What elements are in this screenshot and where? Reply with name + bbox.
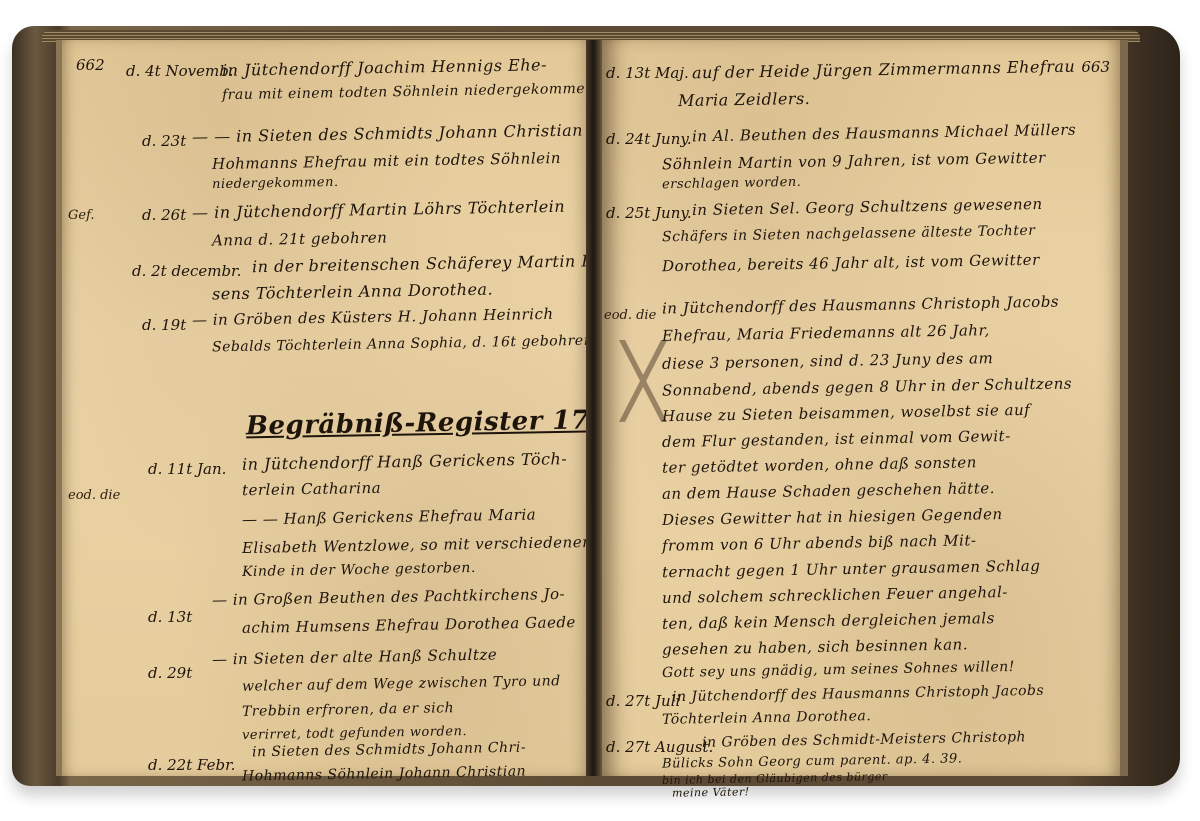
- entry-line: auf der Heide Jürgen Zimmermanns Ehefrau: [692, 57, 1076, 83]
- entry-line: verirret, todt gefunden worden.: [242, 724, 467, 743]
- entry-line: in Al. Beuthen des Hausmanns Michael Mül…: [692, 121, 1076, 146]
- book-gutter: [586, 40, 602, 776]
- entry-line: Trebbin erfroren, da er sich: [242, 700, 454, 720]
- page-number-left: 662: [76, 56, 105, 74]
- entry-line: meine Väter!: [672, 785, 750, 799]
- entry-line: und solchem schrecklichen Feuer angehal-: [662, 583, 1008, 607]
- page-number-right: 663: [1081, 58, 1110, 76]
- entry-line: gesehen zu haben, sich besinnen kan.: [662, 635, 968, 658]
- entry-line: in Gröben des Schmidt-Meisters Christoph: [702, 729, 1026, 751]
- entry-date: d. 13t: [148, 608, 192, 626]
- entry-line: in Jütchendorff Hanß Gerickens Töch-: [242, 449, 567, 474]
- entry-date: d. 22t Febr.: [148, 756, 235, 774]
- entry-line: dem Flur gestanden, ist einmal vom Gewit…: [662, 427, 1011, 451]
- left-page: 662 Gef. eod. die d. 4t Novemb. in Jütch…: [56, 40, 592, 776]
- entry-line: — in Sieten der alte Hanß Schultze: [212, 646, 497, 669]
- entry-line: bin ich bei den Gläubigen des bürger: [662, 770, 888, 787]
- entry-date: d. 23t: [142, 132, 186, 150]
- entry-line: Schäfers in Sieten nachgelassene älteste…: [662, 223, 1036, 246]
- entry-line: niedergekommen.: [212, 175, 339, 192]
- entry-line: Töchterlein Anna Dorothea.: [662, 708, 872, 728]
- entry-line: Sonnabend, abends gegen 8 Uhr in der Sch…: [662, 374, 1072, 399]
- entry-line: Dorothea, bereits 46 Jahr alt, ist vom G…: [662, 251, 1040, 276]
- entry-line: Dieses Gewitter hat in hiesigen Gegenden: [662, 505, 1003, 529]
- margin-note: eod. die: [604, 308, 656, 323]
- entry-line: welcher auf dem Wege zwischen Tyro und: [242, 673, 561, 695]
- entry-line: frau mit einem todten Söhnlein niedergek…: [222, 81, 595, 104]
- entry-line: in Jütchendorff des Hausmanns Christoph …: [662, 293, 1059, 318]
- entry-date: d. 29t: [148, 664, 192, 682]
- open-book: 662 Gef. eod. die d. 4t Novemb. in Jütch…: [12, 26, 1180, 786]
- entry-line: in Jütchendorff Joachim Hennigs Ehe-: [222, 55, 547, 80]
- right-page: 663 eod. die ╳ d. 13t Maj. auf der Heide…: [602, 40, 1128, 776]
- entry-date: d. 26t: [142, 206, 186, 224]
- entry-line: ter getödtet worden, ohne daß sonsten: [662, 453, 977, 476]
- entry-line: Hohmanns Söhnlein Johann Christian: [242, 764, 526, 785]
- entry-line: — in Großen Beuthen des Pachtkirchens Jo…: [212, 585, 565, 609]
- entry-line: ten, daß kein Mensch dergleichen jemals: [662, 609, 995, 633]
- cross-mark: ╳: [622, 340, 664, 422]
- entry-line: — in Jütchendorff Martin Löhrs Töchterle…: [192, 197, 565, 223]
- entry-line: in Jütchendorff des Hausmanns Christoph …: [672, 683, 1044, 705]
- entry-line: Hause zu Sieten beisammen, woselbst sie …: [662, 401, 1030, 425]
- entry-date: d. 24t Juny.: [606, 130, 692, 148]
- register-heading: Begräbniß-Register 1736.: [246, 405, 637, 442]
- entry-line: in der breitenschen Schäferey Martin Bli…: [252, 251, 620, 276]
- entry-line: Anna d. 21t gebohren: [212, 228, 388, 249]
- entry-line: in Sieten des Schmidts Johann Chri-: [252, 740, 526, 761]
- entry-date: d. 11t Jan.: [148, 460, 226, 478]
- entry-date: d. 25t Juny.: [606, 204, 692, 222]
- entry-line: fromm von 6 Uhr abends biß nach Mit-: [662, 531, 977, 554]
- entry-line: an dem Hause Schaden geschehen hätte.: [662, 479, 995, 503]
- entry-line: diese 3 personen, sind d. 23 Juny des am: [662, 349, 994, 373]
- entry-date: d. 13t Maj.: [606, 64, 689, 82]
- entry-line: sens Töchterlein Anna Dorothea.: [212, 280, 493, 304]
- entry-line: ternacht gegen 1 Uhr unter grausamen Sch…: [662, 557, 1041, 582]
- entry-date: d. 19t: [142, 316, 186, 334]
- entry-line: Hohmanns Ehefrau mit ein todtes Söhnlein: [212, 149, 561, 173]
- entry-line: Kinde in der Woche gestorben.: [242, 560, 476, 580]
- margin-note: Gef.: [68, 208, 95, 223]
- entry-line: Sebalds Töchterlein Anna Sophia, d. 16t …: [212, 333, 598, 356]
- entry-line: Söhnlein Martin von 9 Jahren, ist vom Ge…: [662, 149, 1046, 174]
- entry-line: in Sieten Sel. Georg Schultzens gewesene…: [692, 195, 1043, 219]
- entry-line: achim Humsens Ehefrau Dorothea Gaede: [242, 613, 576, 637]
- entry-line: erschlagen worden.: [662, 175, 802, 192]
- margin-note: eod. die: [68, 488, 120, 503]
- entry-date: d. 27t August.: [606, 738, 713, 756]
- entry-line: — in Gröben des Küsters H. Johann Heinri…: [192, 305, 554, 329]
- entry-line: — — in Sieten des Schmidts Johann Christ…: [192, 121, 583, 147]
- entry-line: Maria Zeidlers.: [678, 89, 811, 110]
- entry-line: terlein Catharina: [242, 479, 381, 499]
- entry-line: — — Hanß Gerickens Ehefrau Maria: [242, 505, 536, 528]
- entry-date: d. 2t decembr.: [132, 262, 241, 280]
- entry-line: Gott sey uns gnädig, um seines Sohnes wi…: [662, 659, 1015, 681]
- entry-line: Ehefrau, Maria Friedemanns alt 26 Jahr,: [662, 321, 990, 345]
- entry-line: Elisabeth Wentzlowe, so mit verschiedene…: [242, 533, 593, 557]
- entry-date: d. 27t Juli: [606, 692, 680, 710]
- entry-date: d. 4t Novemb.: [126, 62, 234, 80]
